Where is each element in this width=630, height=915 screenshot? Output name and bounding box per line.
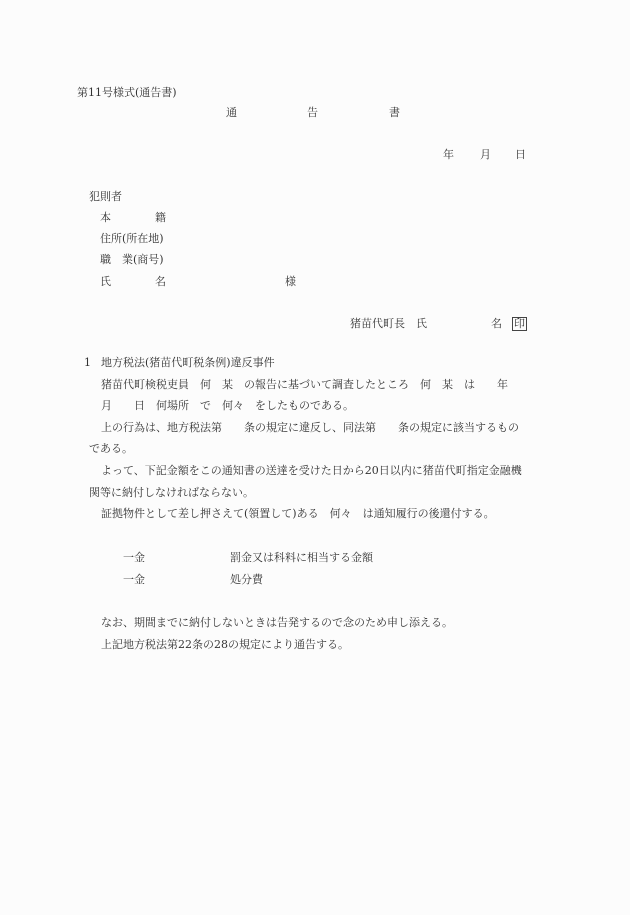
seal-stamp: 印	[512, 317, 527, 331]
field-occupation: 職 業(商号)	[100, 253, 164, 267]
issuer-name-label: 名	[491, 317, 502, 331]
amount-label-1: 一金	[123, 551, 145, 565]
body-line-5: よって、下記金額をこの通知書の送達を受けた日から20日以内に猪苗代町指定金融機	[101, 464, 522, 478]
field-name-a: 氏	[100, 275, 111, 289]
title-char-1: 通	[226, 106, 237, 120]
closing-line-1: なお、期間までに納付しないときは告発するので念のため申し添える。	[101, 616, 453, 630]
field-name-b: 名	[155, 275, 166, 289]
offender-heading: 犯則者	[89, 190, 122, 204]
date-month: 月	[480, 148, 491, 162]
body-line-6: 関等に納付しなければならない。	[89, 486, 254, 500]
field-address: 住所(所在地)	[100, 232, 164, 246]
field-honseki-b: 籍	[155, 211, 166, 225]
section-number: 1	[84, 356, 91, 370]
honorific-sama: 様	[285, 275, 296, 289]
amount-desc-2: 処分費	[230, 573, 263, 587]
title-char-3: 書	[389, 106, 400, 120]
date-day: 日	[515, 148, 526, 162]
body-line-7: 証拠物件として差し押さえて(領置して)ある 何々 は通知履行の後還付する。	[101, 507, 495, 521]
issuer-title: 猪苗代町長 氏	[350, 317, 427, 331]
amount-label-2: 一金	[123, 573, 145, 587]
body-line-3: 上の行為は、地方税法第 条の規定に違反し、同法第 条の規定に該当するもの	[101, 421, 519, 435]
field-honseki-a: 本	[100, 211, 111, 225]
closing-line-2: 上記地方税法第22条の28の規定により通告する。	[101, 638, 349, 652]
body-line-2: 月 日 何場所 で 何々 をしたものである。	[101, 399, 354, 413]
body-line-1: 猪苗代町検税吏員 何 某 の報告に基づいて調査したところ 何 某 は 年	[101, 378, 508, 392]
body-line-4: である。	[89, 442, 133, 456]
date-year: 年	[443, 148, 454, 162]
section-title: 地方税法(猪苗代町税条例)違反事件	[101, 356, 275, 370]
form-number: 第11号様式(通告書)	[77, 86, 177, 100]
amount-desc-1: 罰金又は科料に相当する金額	[230, 551, 373, 565]
title-char-2: 告	[307, 106, 318, 120]
